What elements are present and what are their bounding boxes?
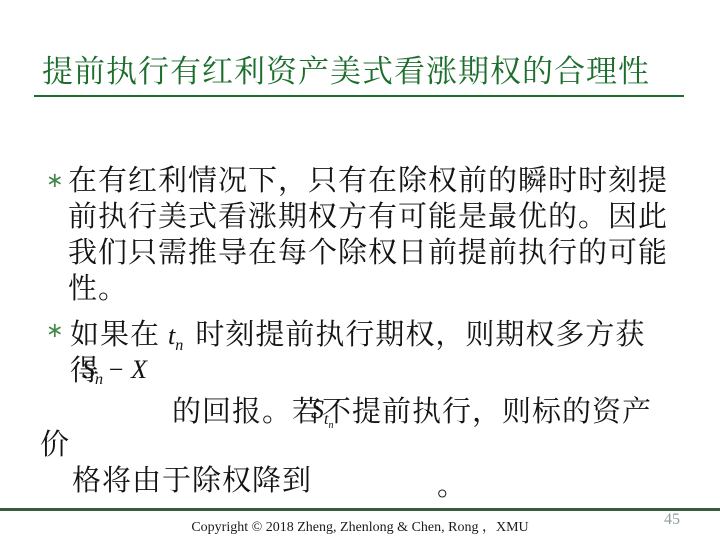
formula-subscript: tn [324, 411, 333, 428]
formula-base: S [82, 355, 95, 384]
text-line: 我们只需推导在每个除权日前提前执行的可能 [68, 235, 668, 271]
bullet-1-text: 在有红利情况下，只有在除权前的瞬时时刻提 前执行美式看涨期权方有可能是最优的。因… [68, 163, 668, 307]
bullet-2-line-1: 如果在tn时刻提前执行期权，则期权多方获 [70, 317, 645, 354]
bullet-2-line-4: 价 [40, 427, 70, 463]
page-number: 45 [664, 511, 680, 529]
title-underline [34, 95, 684, 97]
formula-subscript: n [95, 371, 103, 388]
formula-sub-subscript: n [328, 420, 333, 431]
presentation-slide: 提前执行有红利资产美式看涨期权的合理性 ∗ 在有红利情况下，只有在除权前的瞬时时… [0, 0, 720, 540]
formula-base: S [311, 395, 324, 424]
text-segment: 时刻提前执行期权，则期权多方获 [195, 319, 645, 351]
formula-subscript: n [175, 337, 183, 354]
formula-t-sub-n: tn [168, 321, 183, 350]
copyright-text: Copyright © 2018 Zheng, Zhenlong & Chen,… [0, 516, 720, 536]
formula-spot-price: Stn [311, 395, 333, 426]
sentence-period: 。 [437, 468, 467, 504]
slide-title: 提前执行有红利资产美式看涨期权的合理性 [42, 46, 650, 91]
bullet-2-line-3: 的回报。若不提前执行，则标的资产 [172, 394, 652, 430]
footer-rule [0, 508, 720, 511]
text-line: 性。 [68, 271, 668, 307]
text-segment: 如果在 [70, 319, 160, 351]
bullet-2-line-5: 格将由于除权降到 [72, 463, 312, 499]
formula-tail: − X [107, 355, 147, 384]
bullet-asterisk-icon: ∗ [46, 170, 64, 191]
text-line: 前执行美式看涨期权方有可能是最优的。因此 [68, 199, 668, 235]
text-line: 在有红利情况下，只有在除权前的瞬时时刻提 [68, 163, 668, 199]
bullet-asterisk-icon: ∗ [46, 320, 64, 341]
formula-payoff-s-minus-x: Sn− X [82, 355, 147, 385]
